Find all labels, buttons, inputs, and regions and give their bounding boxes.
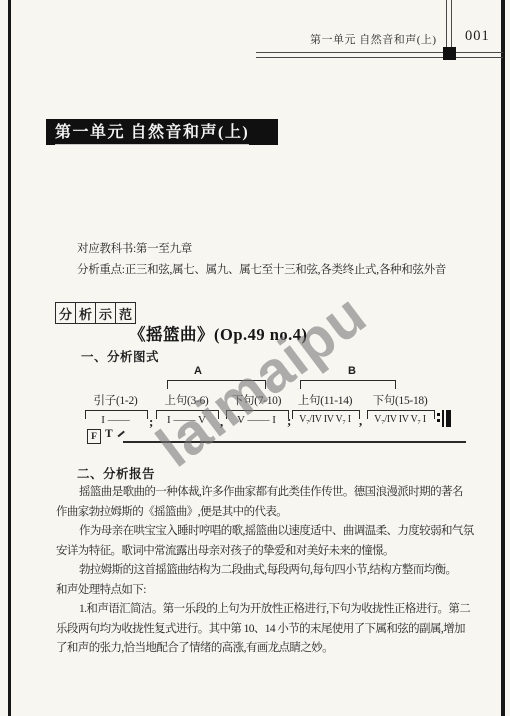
textbook-reference-line: 对应教科书:第一至九章 [77, 240, 192, 256]
phrase-chords: V₇/IV IV V₇ I [292, 414, 358, 425]
phrase-bracket [367, 410, 435, 419]
report-line: 和声处理特点如下: [56, 581, 474, 601]
section-letter-a: A [194, 365, 202, 377]
report-line: 安详为特征。歌词中常流露出母亲对孩子的挚爱和对美好未来的憧憬。 [56, 542, 474, 562]
running-header-title: 第一单元 自然音和声(上) [310, 31, 437, 47]
header-vertical-rule [446, 0, 452, 49]
watermark-text: laimaipu [144, 281, 379, 481]
report-line: 了和声的张力,恰当地配合了情绪的高涨,有画龙点睛之妙。 [56, 639, 474, 659]
phrase-separator: , [359, 413, 362, 429]
phrase-separator: ; [287, 413, 291, 429]
unit-title-bar: 第一单元 自然音和声(上) [46, 119, 278, 145]
phrase-label: 下句(15-18) [373, 392, 428, 408]
scan-left-border [8, 0, 11, 716]
tonic-function-label: T [105, 428, 113, 440]
repeat-sign [437, 410, 451, 427]
phrase-bracket [85, 410, 148, 419]
section-letter-b: B [348, 365, 356, 377]
page-number: 001 [465, 28, 490, 45]
section-label-char: 分 [56, 303, 76, 323]
analysis-focus-line: 分析重点:正三和弦,属七、属九、属七至十三和弦,各类终止式,各种和弦外音 [77, 261, 446, 277]
report-line: 作为母亲在哄宝宝入睡时哼唱的歌,摇篮曲以速度适中、曲调温柔、力度较弱和气氛 [56, 522, 474, 542]
section-label-char: 示 [96, 303, 116, 323]
report-line: 摇篮曲是歌曲的一种体裁,许多作曲家都有此类佳作传世。德国浪漫派时期的著名 [56, 483, 474, 503]
phrase-label: 引子(1-2) [94, 392, 138, 408]
key-signature-box: F [87, 429, 101, 444]
unit-title-text: 第一单元 自然音和声(上) [55, 119, 249, 145]
phrase-label: 上句(11-14) [298, 392, 352, 408]
figure-heading: 一、分析图式 [81, 347, 159, 365]
prolongation-tick [117, 431, 124, 437]
header-horizontal-rule [256, 52, 503, 58]
section-label-char: 析 [76, 303, 96, 323]
report-heading: 二、分析报告 [77, 464, 155, 482]
report-line: 1.和声语汇简洁。第一乐段的上句为开放性正格进行,下句为收拢性正格进行。第二 [56, 600, 474, 620]
phrase-bracket [292, 410, 360, 419]
section-label-char: 范 [116, 303, 135, 323]
corner-square-mark [443, 47, 456, 60]
scan-right-border [501, 0, 505, 716]
report-line: 作曲家勃拉姆斯的《摇篮曲》,便是其中的代表。 [56, 503, 474, 523]
phrase-chords: I —— [85, 414, 146, 426]
report-line: 乐段两句均为收拢性复式进行。其中第 10、14 小节的末尾使用了下属和弦的副属,… [56, 620, 474, 640]
report-body: 摇篮曲是歌曲的一种体裁,许多作曲家都有此类佳作传世。德国浪漫派时期的著名 作曲家… [56, 483, 474, 659]
book-page: 第一单元 自然音和声(上) 001 第一单元 自然音和声(上) 对应教科书:第一… [0, 0, 510, 716]
report-line: 勃拉姆斯的这首摇篮曲结构为二段曲式,每段两句,每句四小节,结构方整而均衡。 [56, 561, 474, 581]
phrase-chords: V₇/IV IV V₇ I [367, 414, 433, 425]
section-label-box: 分 析 示 范 [55, 302, 136, 324]
